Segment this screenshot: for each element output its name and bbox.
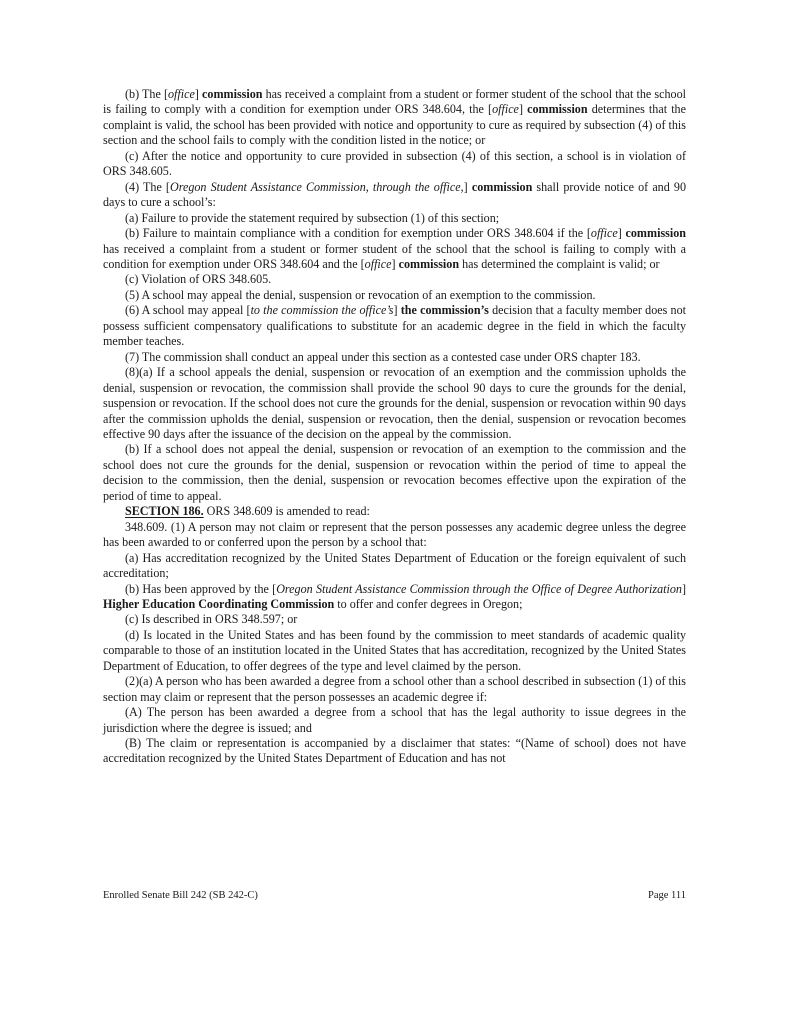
paragraph-p3: (4) The [Oregon Student Assistance Commi… xyxy=(103,180,686,211)
text-run: ] xyxy=(394,303,401,317)
paragraph-p14: (a) Has accreditation recognized by the … xyxy=(103,551,686,582)
paragraph-p8: (6) A school may appeal [to the commissi… xyxy=(103,303,686,349)
deleted-text: office xyxy=(168,87,195,101)
paragraph-p7: (5) A school may appeal the denial, susp… xyxy=(103,288,686,303)
text-run: (6) A school may appeal [ xyxy=(125,303,251,317)
text-run: (d) Is located in the United States and … xyxy=(103,628,686,673)
page-footer: Enrolled Senate Bill 242 (SB 242-C) Page… xyxy=(103,890,686,901)
paragraph-p17: (d) Is located in the United States and … xyxy=(103,628,686,674)
paragraph-p13: 348.609. (1) A person may not claim or r… xyxy=(103,520,686,551)
text-run: (b) Has been approved by the [ xyxy=(125,582,276,596)
text-run: (2)(a) A person who has been awarded a d… xyxy=(103,674,686,703)
paragraph-p2: (c) After the notice and opportunity to … xyxy=(103,149,686,180)
text-run: ] xyxy=(682,582,686,596)
footer-page-number: Page 111 xyxy=(648,890,686,901)
paragraph-p16: (c) Is described in ORS 348.597; or xyxy=(103,612,686,627)
paragraph-p15: (b) Has been approved by the [Oregon Stu… xyxy=(103,582,686,613)
inserted-text: the commission’s xyxy=(401,303,489,317)
paragraph-p1: (b) The [office] commission has received… xyxy=(103,87,686,149)
text-run: (c) Violation of ORS 348.605. xyxy=(125,272,271,286)
document-body: (b) The [office] commission has received… xyxy=(103,87,686,767)
paragraph-p11: (b) If a school does not appeal the deni… xyxy=(103,442,686,504)
inserted-text: commission xyxy=(472,180,532,194)
text-run: 348.609. (1) A person may not claim or r… xyxy=(103,520,686,549)
text-run: (A) The person has been awarded a degree… xyxy=(103,705,686,734)
paragraph-p19: (A) The person has been awarded a degree… xyxy=(103,705,686,736)
deleted-text: office xyxy=(365,257,392,271)
paragraph-p12: SECTION 186. ORS 348.609 is amended to r… xyxy=(103,504,686,519)
section-heading: SECTION 186. xyxy=(125,504,204,518)
text-run: (4) The [ xyxy=(125,180,170,194)
paragraph-p5: (b) Failure to maintain compliance with … xyxy=(103,226,686,272)
deleted-text: office xyxy=(492,102,519,116)
text-run: (c) Is described in ORS 348.597; or xyxy=(125,612,297,626)
paragraph-p18: (2)(a) A person who has been awarded a d… xyxy=(103,674,686,705)
deleted-text: office xyxy=(591,226,618,240)
paragraph-p20: (B) The claim or representation is accom… xyxy=(103,736,686,767)
inserted-text: Higher Education Coordinating Commission xyxy=(103,597,334,611)
deleted-text: Oregon Student Assistance Commission, th… xyxy=(170,180,464,194)
text-run: to offer and confer degrees in Oregon; xyxy=(334,597,522,611)
deleted-text: Oregon Student Assistance Commission thr… xyxy=(276,582,682,596)
text-run: (b) Failure to maintain compliance with … xyxy=(125,226,591,240)
inserted-text: commission xyxy=(527,102,587,116)
inserted-text: commission xyxy=(202,87,262,101)
text-run: (7) The commission shall conduct an appe… xyxy=(125,350,641,364)
inserted-text: commission xyxy=(399,257,459,271)
text-run: (a) Has accreditation recognized by the … xyxy=(103,551,686,580)
text-run: (8)(a) If a school appeals the denial, s… xyxy=(103,365,686,441)
text-run: (a) Failure to provide the statement req… xyxy=(125,211,499,225)
footer-bill-title: Enrolled Senate Bill 242 (SB 242-C) xyxy=(103,890,258,901)
text-run: ] xyxy=(195,87,202,101)
deleted-text: to the commission the office’s xyxy=(251,303,394,317)
text-run: (5) A school may appeal the denial, susp… xyxy=(125,288,596,302)
text-run: (B) The claim or representation is accom… xyxy=(103,736,686,765)
paragraph-p4: (a) Failure to provide the statement req… xyxy=(103,211,686,226)
text-run: ] xyxy=(618,226,626,240)
text-run: has determined the complaint is valid; o… xyxy=(459,257,660,271)
text-run: ORS 348.609 is amended to read: xyxy=(204,504,370,518)
paragraph-p6: (c) Violation of ORS 348.605. xyxy=(103,272,686,287)
paragraph-p10: (8)(a) If a school appeals the denial, s… xyxy=(103,365,686,442)
text-run: (c) After the notice and opportunity to … xyxy=(103,149,686,178)
text-run: (b) If a school does not appeal the deni… xyxy=(103,442,686,502)
text-run: (b) The [ xyxy=(125,87,168,101)
paragraph-p9: (7) The commission shall conduct an appe… xyxy=(103,350,686,365)
inserted-text: commission xyxy=(626,226,686,240)
text-run: ] xyxy=(464,180,472,194)
text-run: ] xyxy=(519,102,527,116)
text-run: ] xyxy=(392,257,399,271)
